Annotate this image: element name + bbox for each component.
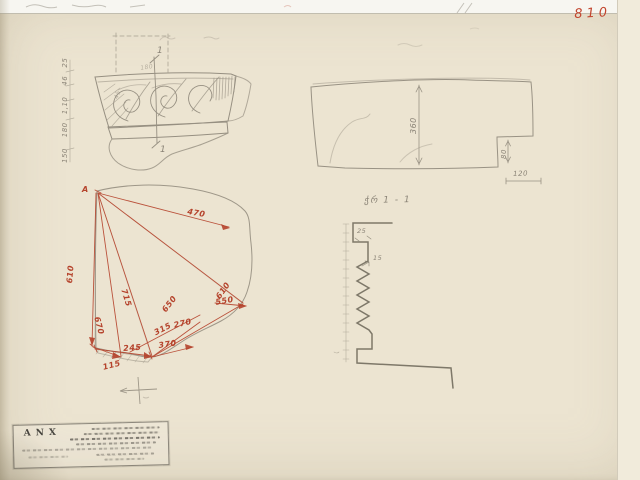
block-notch-width-dim: 120 <box>513 170 528 178</box>
block-notch-height-dim: 80 <box>501 149 508 159</box>
block-figure <box>311 44 541 185</box>
section-profile-figure <box>334 223 453 388</box>
section-step-dim: 25 <box>357 228 366 235</box>
section-tooth-dim: 15 <box>373 255 382 262</box>
stamp-smudge-line <box>104 458 144 460</box>
vertex-a-label: A <box>82 186 89 194</box>
section-marker-top: 1 <box>157 47 163 56</box>
stamp-smudge-line <box>28 456 68 458</box>
stamp-smudge-line <box>92 426 160 429</box>
measure-245: 245 <box>123 344 142 353</box>
stamp-smudge-line <box>76 441 156 444</box>
stamp-smudge-line <box>22 447 152 452</box>
orientation-cross <box>120 377 157 404</box>
block-height-dim: 360 <box>410 117 418 134</box>
ornament-left-dimensions: 150 180 1,10 46 25 <box>62 58 69 163</box>
faint-scribble <box>398 44 422 47</box>
page-number: 810 <box>574 6 611 21</box>
approval-stamp: ANX <box>12 421 169 469</box>
measure-610-left: 610 <box>66 265 76 284</box>
section-title: ჭრ 1 - 1 <box>364 196 411 206</box>
section-marker-bottom: 1 <box>160 146 166 155</box>
drawing-linework <box>0 0 640 480</box>
profile-path <box>353 223 453 388</box>
stamp-smudge-line <box>96 452 154 455</box>
fragment-outline <box>95 185 252 357</box>
stamp-smudge-line <box>70 436 160 440</box>
profile-scale-ruler <box>334 224 349 362</box>
ornament-base-band <box>108 122 228 139</box>
ghost-profile <box>330 114 370 163</box>
faint-note-squiggles <box>160 37 219 40</box>
scanned-drawing-sheet: 810 150 180 1,10 46 25 1 1 180 45 360 80… <box>0 0 640 480</box>
stamp-smudge-line <box>84 431 160 434</box>
stamp-heading: ANX <box>24 428 61 439</box>
scroll-ornament <box>114 77 219 121</box>
scan-artifacts <box>26 3 479 29</box>
red-measure-lines <box>90 190 246 359</box>
